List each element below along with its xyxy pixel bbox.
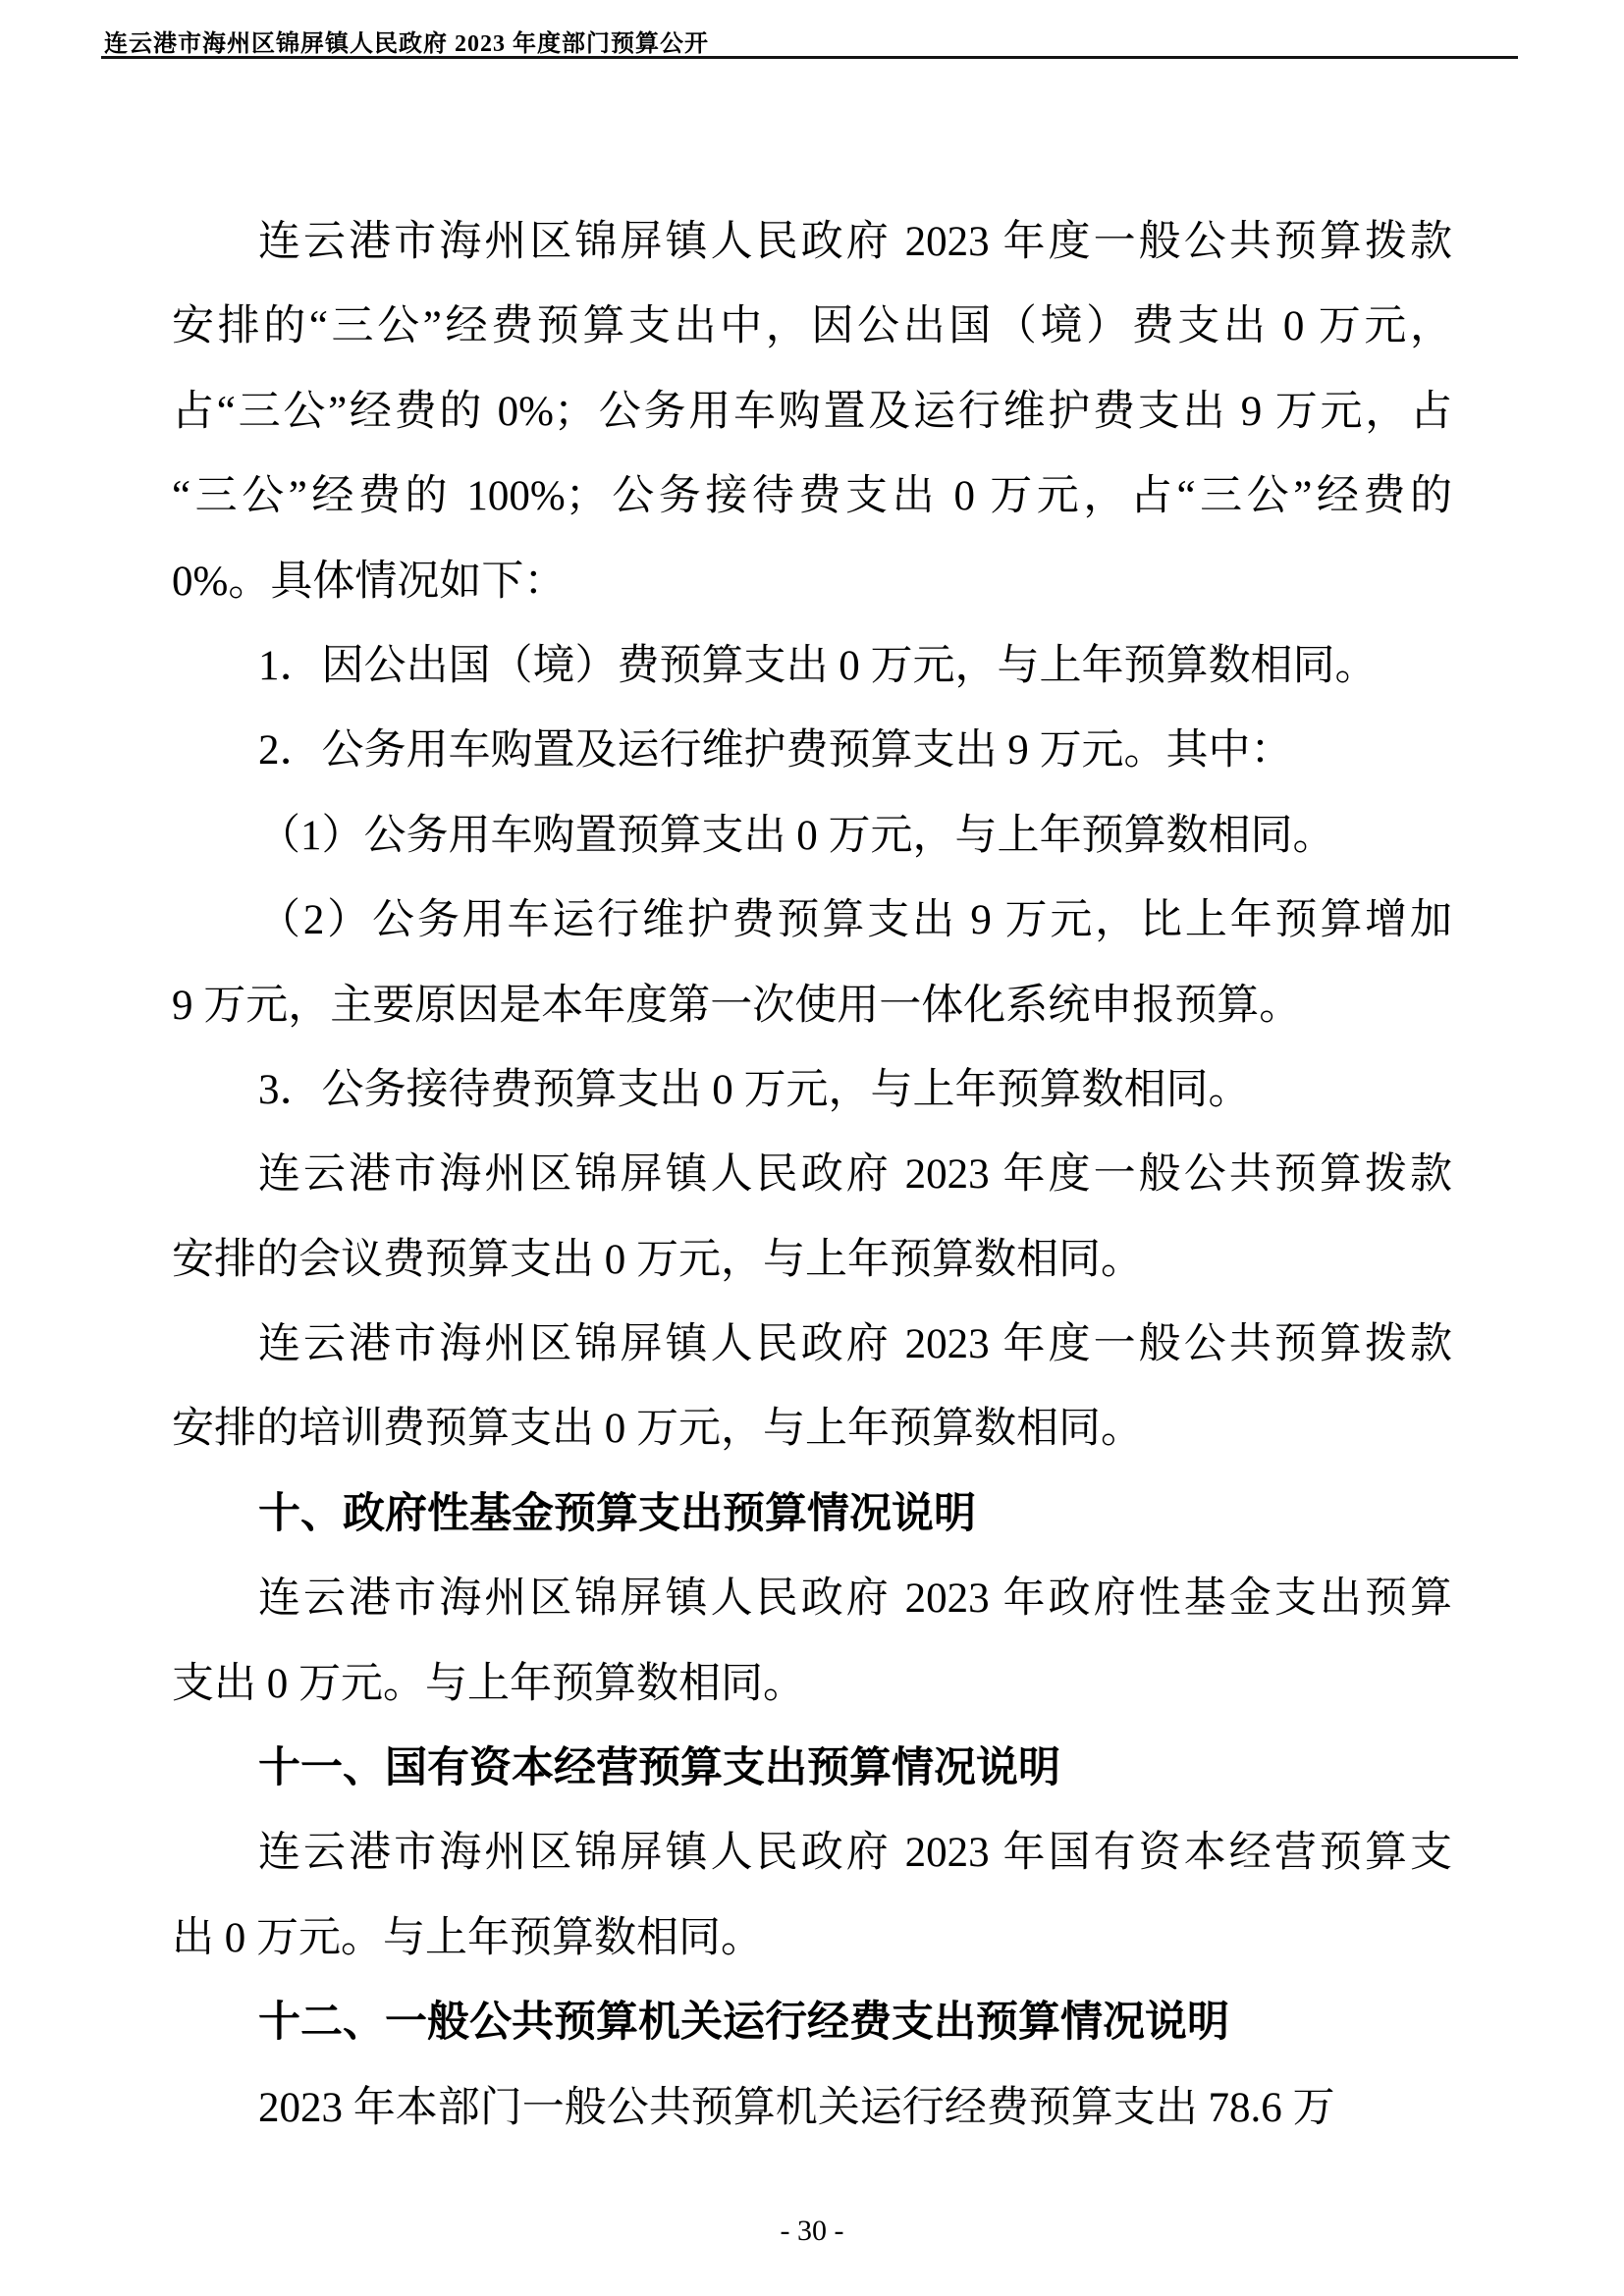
- text-line: 连云港市海州区锦屏镇人民政府 2023 年国有资本经营预算支: [172, 1811, 1452, 1896]
- text-line: （1）公务用车购置预算支出 0 万元，与上年预算数相同。: [172, 794, 1452, 879]
- text-line: 十、政府性基金预算支出预算情况说明: [172, 1472, 1452, 1557]
- text-line: 2．公务用车购置及运行维护费预算支出 9 万元。其中：: [172, 709, 1452, 793]
- paragraph: 连云港市海州区锦屏镇人民政府 2023 年度一般公共预算拨款安排的会议费预算支出…: [172, 1133, 1452, 1303]
- paragraph: 2023 年本部门一般公共预算机关运行经费预算支出 78.6 万: [172, 2066, 1452, 2151]
- text-line: 连云港市海州区锦屏镇人民政府 2023 年度一般公共预算拨款: [172, 1303, 1452, 1387]
- text-line: 连云港市海州区锦屏镇人民政府 2023 年政府性基金支出预算: [172, 1557, 1452, 1641]
- paragraph: （2）公务用车运行维护费预算支出 9 万元，比上年预算增加9 万元，主要原因是本…: [172, 879, 1452, 1048]
- section-heading: 十二、一般公共预算机关运行经费支出预算情况说明: [172, 1981, 1452, 2065]
- text-line: 支出 0 万元。与上年预算数相同。: [172, 1642, 1452, 1727]
- text-line: 连云港市海州区锦屏镇人民政府 2023 年度一般公共预算拨款: [172, 200, 1452, 285]
- paragraph: 连云港市海州区锦屏镇人民政府 2023 年政府性基金支出预算支出 0 万元。与上…: [172, 1557, 1452, 1727]
- text-line: 出 0 万元。与上年预算数相同。: [172, 1896, 1452, 1981]
- text-line: 十一、国有资本经营预算支出预算情况说明: [172, 1727, 1452, 1811]
- text-line: 占“三公”经费的 0%；公务用车购置及运行维护费支出 9 万元，占: [172, 370, 1452, 454]
- text-line: 连云港市海州区锦屏镇人民政府 2023 年度一般公共预算拨款: [172, 1133, 1452, 1217]
- section-heading: 十一、国有资本经营预算支出预算情况说明: [172, 1727, 1452, 1811]
- text-line: 0%。具体情况如下：: [172, 540, 1452, 624]
- paragraph: 连云港市海州区锦屏镇人民政府 2023 年国有资本经营预算支出 0 万元。与上年…: [172, 1811, 1452, 1981]
- paragraph: 连云港市海州区锦屏镇人民政府 2023 年度一般公共预算拨款安排的培训费预算支出…: [172, 1303, 1452, 1472]
- header-divider-rule: [101, 56, 1518, 59]
- paragraph: 3．公务接待费预算支出 0 万元，与上年预算数相同。: [172, 1048, 1452, 1133]
- text-line: “三公”经费的 100%；公务接待费支出 0 万元，占“三公”经费的: [172, 454, 1452, 539]
- text-line: 安排的培训费预算支出 0 万元，与上年预算数相同。: [172, 1387, 1452, 1471]
- paragraph: （1）公务用车购置预算支出 0 万元，与上年预算数相同。: [172, 794, 1452, 879]
- text-line: 十二、一般公共预算机关运行经费支出预算情况说明: [172, 1981, 1452, 2065]
- document-page: 连云港市海州区锦屏镇人民政府 2023 年度部门预算公开 连云港市海州区锦屏镇人…: [0, 0, 1624, 2296]
- text-line: 9 万元，主要原因是本年度第一次使用一体化系统申报预算。: [172, 964, 1452, 1048]
- text-line: 2023 年本部门一般公共预算机关运行经费预算支出 78.6 万: [172, 2066, 1452, 2151]
- page-header-title: 连云港市海州区锦屏镇人民政府 2023 年度部门预算公开: [104, 24, 709, 58]
- paragraph: 1．因公出国（境）费预算支出 0 万元，与上年预算数相同。: [172, 624, 1452, 709]
- section-heading: 十、政府性基金预算支出预算情况说明: [172, 1472, 1452, 1557]
- text-line: 安排的“三公”经费预算支出中，因公出国（境）费支出 0 万元，: [172, 285, 1452, 369]
- text-line: 安排的会议费预算支出 0 万元，与上年预算数相同。: [172, 1218, 1452, 1303]
- text-line: 3．公务接待费预算支出 0 万元，与上年预算数相同。: [172, 1048, 1452, 1133]
- paragraph: 连云港市海州区锦屏镇人民政府 2023 年度一般公共预算拨款安排的“三公”经费预…: [172, 200, 1452, 624]
- text-line: 1．因公出国（境）费预算支出 0 万元，与上年预算数相同。: [172, 624, 1452, 709]
- document-body: 连云港市海州区锦屏镇人民政府 2023 年度一般公共预算拨款安排的“三公”经费预…: [172, 200, 1452, 2151]
- page-number: - 30 -: [0, 2215, 1624, 2248]
- text-line: （2）公务用车运行维护费预算支出 9 万元，比上年预算增加: [172, 879, 1452, 963]
- paragraph: 2．公务用车购置及运行维护费预算支出 9 万元。其中：: [172, 709, 1452, 793]
